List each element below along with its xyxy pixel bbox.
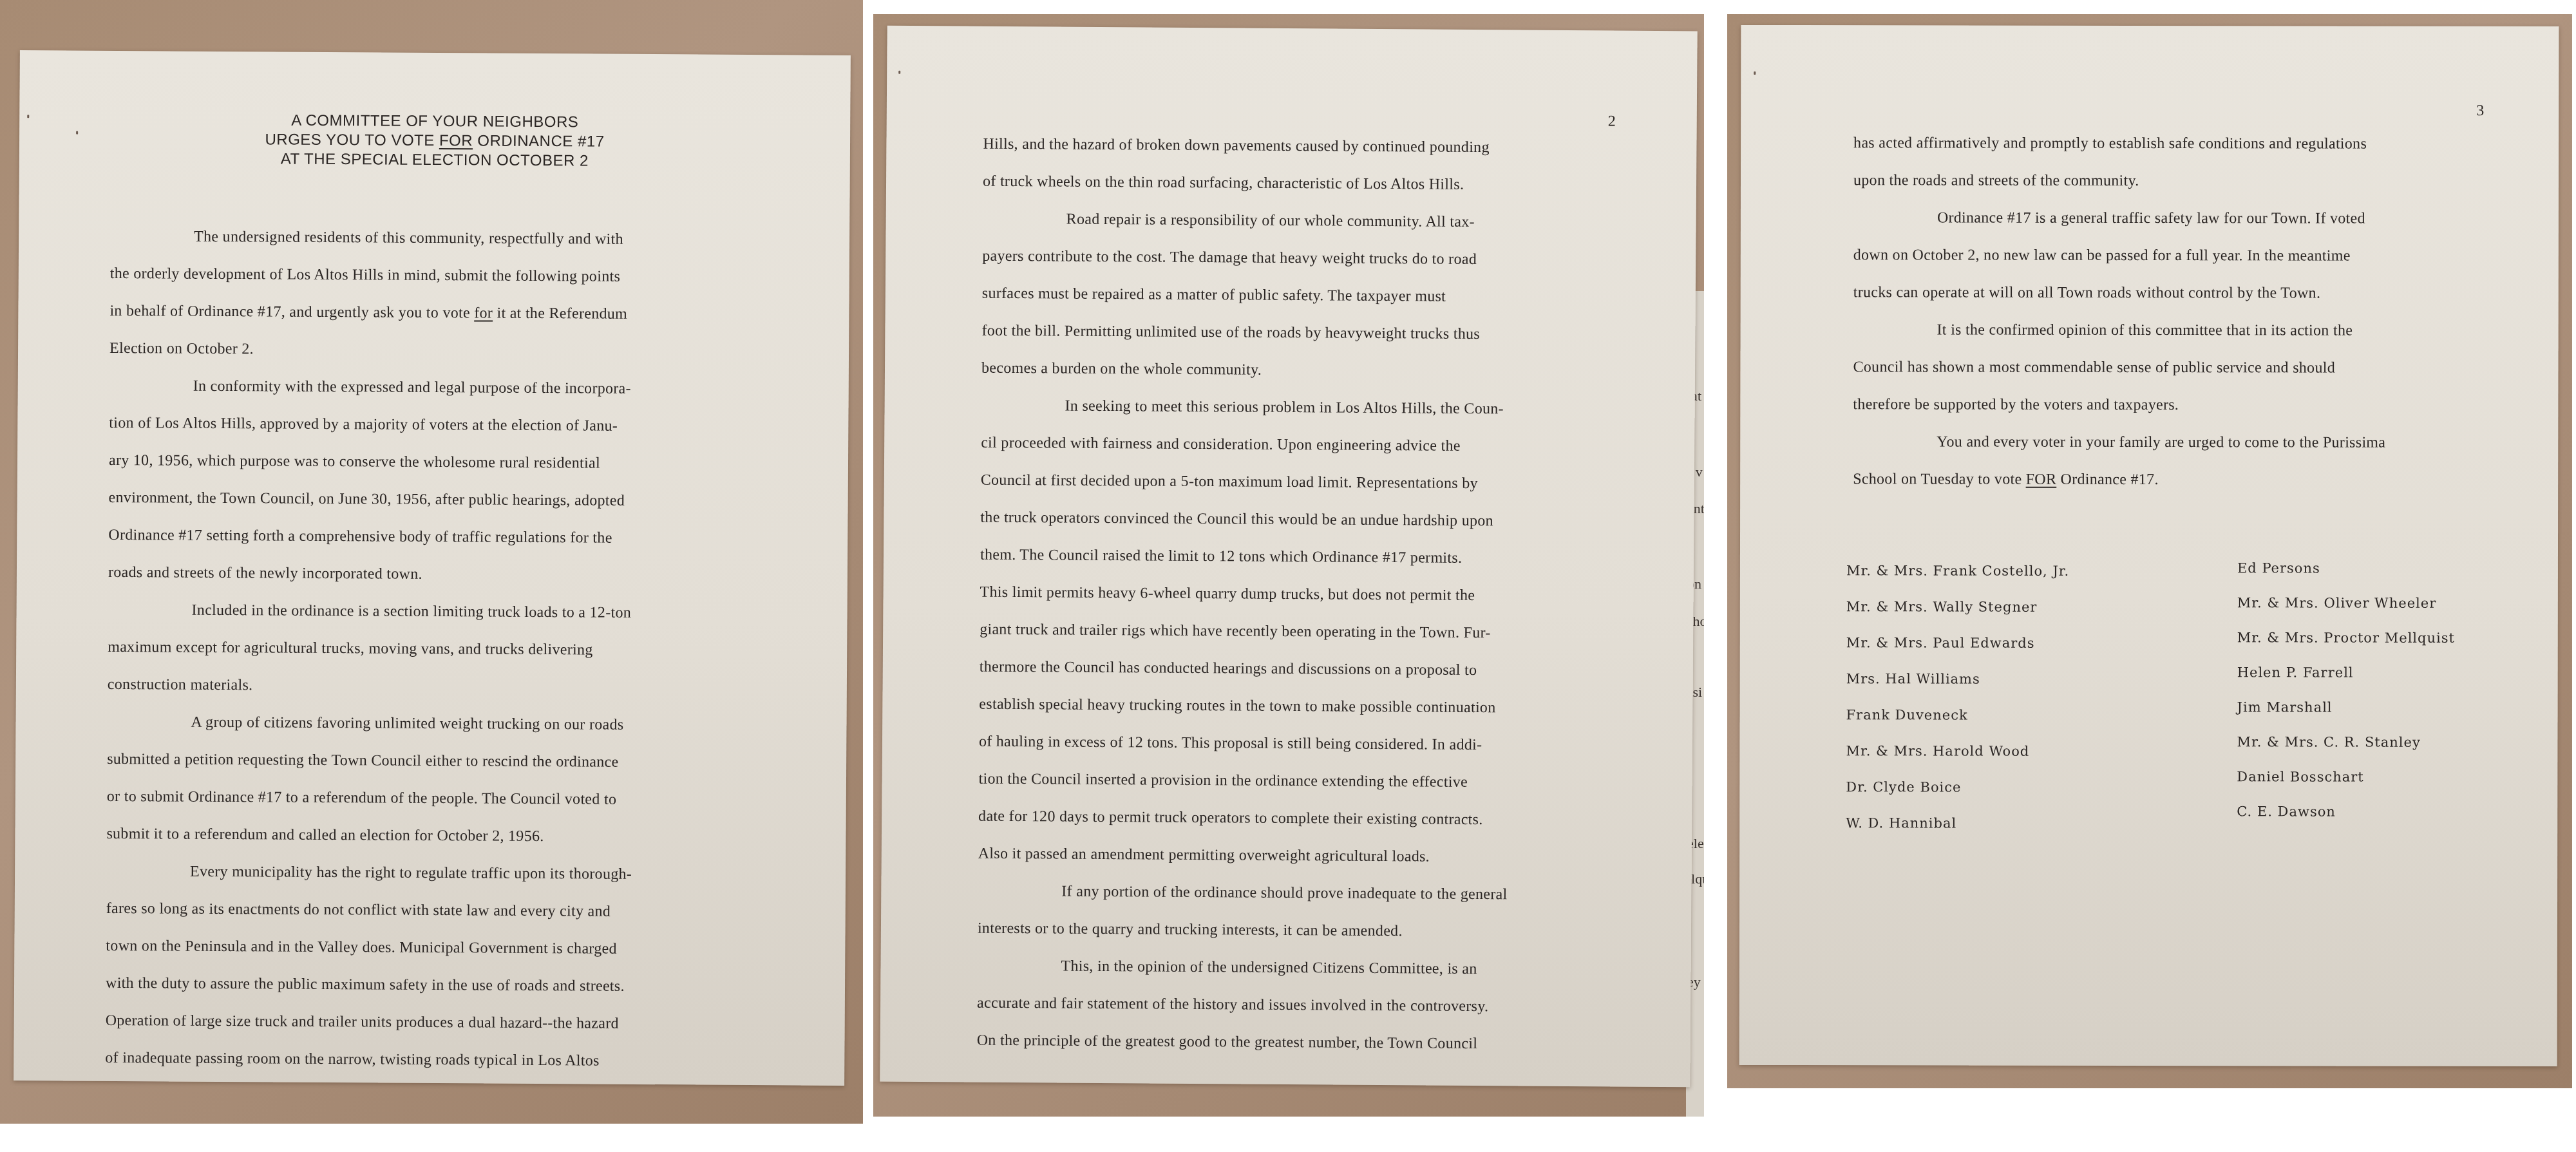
body-line: Included in the ordinance is a section l…	[108, 601, 632, 622]
body-line: interests or to the quarry and trucking …	[978, 920, 1403, 941]
body-line: upon the roads and streets of the commun…	[1853, 172, 2139, 190]
page-1-body: The undersigned residents of this commun…	[111, 51, 794, 55]
signer-name: Mr. & Mrs. Frank Costello, Jr.	[1846, 563, 2069, 579]
body-line: fares so long as its enactments do not c…	[106, 900, 611, 921]
paper-sheet-3: 3 has acted affirmatively and promptly t…	[1739, 25, 2559, 1066]
body-line: date for 120 days to permit truck operat…	[978, 808, 1483, 829]
body-line: establish special heavy trucking routes …	[979, 696, 1495, 717]
body-line: has acted affirmatively and promptly to …	[1853, 135, 2367, 153]
body-line: them. The Council raised the limit to 12…	[980, 547, 1462, 567]
body-line: ary 10, 1956, which purpose was to conse…	[109, 452, 600, 473]
heading-line-2-rest: ORDINANCE #17	[473, 132, 605, 150]
body-line: Every municipality has the right to regu…	[106, 863, 632, 883]
body-line: This, in the opinion of the undersigned …	[977, 958, 1477, 978]
body-line: tion of Los Altos Hills, approved by a m…	[109, 415, 618, 435]
body-line: thermore the Council has conducted heari…	[980, 659, 1477, 679]
page-number: 3	[2476, 102, 2484, 120]
signer-name: Mr. & Mrs. Proctor Mellquist	[2237, 630, 2455, 646]
document-heading: A COMMITTEE OF YOUR NEIGHBORS URGES YOU …	[19, 109, 851, 173]
body-line: environment, the Town Council, on June 3…	[109, 489, 625, 510]
body-line: Hills, and the hazard of broken down pav…	[983, 136, 1489, 156]
body-line: therefore be supported by the voters and…	[1853, 396, 2179, 414]
body-line: the truck operators convinced the Counci…	[980, 509, 1493, 531]
page-2-body: Hills, and the hazard of broken down pav…	[984, 26, 1628, 31]
body-line: payers contribute to the cost. The damag…	[982, 248, 1477, 269]
body-line: surfaces must be repaired as a matter of…	[982, 285, 1446, 306]
body-line: In seeking to meet this serious problem …	[981, 397, 1504, 419]
paper-sheet-2: 2 Hills, and the hazard of broken down p…	[880, 26, 1697, 1088]
body-line: Operation of large size truck and traile…	[106, 1012, 619, 1033]
body-line: Election on October 2.	[109, 340, 254, 358]
signer-name: Mr. & Mrs. C. R. Stanley	[2237, 734, 2420, 750]
body-line: becomes a burden on the whole community.	[981, 360, 1262, 379]
body-line: Ordinance #17 setting forth a comprehens…	[108, 527, 612, 547]
body-line-text: Ordinance #17.	[2056, 471, 2158, 488]
body-line: down on October 2, no new law can be pas…	[1853, 247, 2351, 265]
body-line: cil proceeded with fairness and consider…	[981, 435, 1461, 455]
signers-left-column: Mr. & Mrs. Frank Costello, Jr. Mr. & Mrs…	[1741, 25, 2559, 26]
page-3-body: has acted affirmatively and promptly to …	[1853, 25, 2497, 26]
paper-speck	[1754, 71, 1756, 75]
signer-name: C. E. Dawson	[2237, 804, 2336, 819]
heading-underlined-for: FOR	[439, 132, 473, 149]
page-photo-2: lat f v ant on sho ssi ele llqu ey 2 Hil…	[873, 14, 1704, 1117]
body-line-text: School on Tuesday to vote	[1853, 471, 2026, 487]
page-number: 2	[1608, 113, 1616, 130]
body-line: If any portion of the ordinance should p…	[978, 883, 1507, 904]
signer-name: Daniel Bosschart	[2237, 769, 2363, 784]
signer-name: Mr. & Mrs. Wally Stegner	[1846, 599, 2038, 615]
body-line: tion the Council inserted a provision in…	[978, 771, 1468, 791]
body-line: This limit permits heavy 6-wheel quarry …	[980, 584, 1475, 605]
body-line: Council has shown a most commendable sen…	[1853, 359, 2335, 377]
body-line-text: it at the Referendum	[493, 305, 627, 323]
underlined-for: for	[474, 305, 493, 321]
body-line: maximum except for agricultural trucks, …	[108, 639, 592, 659]
paper-sheet-1: A COMMITTEE OF YOUR NEIGHBORS URGES YOU …	[14, 50, 851, 1086]
signer-name: Helen P. Farrell	[2237, 665, 2354, 680]
body-line: of inadequate passing room on the narrow…	[105, 1050, 600, 1070]
body-line: The undersigned residents of this commun…	[110, 228, 623, 249]
signer-name: Mr. & Mrs. Harold Wood	[1846, 743, 2029, 759]
body-line: with the duty to assure the public maxim…	[106, 975, 625, 996]
body-line: It is the confirmed opinion of this comm…	[1853, 321, 2353, 339]
body-line: A group of citizens favoring unlimited w…	[107, 713, 623, 734]
body-line: In conformity with the expressed and leg…	[109, 377, 631, 398]
page-photo-1: A COMMITTEE OF YOUR NEIGHBORS URGES YOU …	[0, 0, 863, 1124]
underlined-for: FOR	[2026, 471, 2057, 488]
signer-name: Dr. Clyde Boice	[1846, 779, 1961, 795]
page-photo-3: 3 has acted affirmatively and promptly t…	[1727, 14, 2572, 1088]
body-line: submit it to a referendum and called an …	[106, 826, 544, 845]
body-line: town on the Peninsula and in the Valley …	[106, 938, 617, 958]
signer-name: Frank Duveneck	[1846, 707, 1968, 722]
body-line: School on Tuesday to vote FOR Ordinance …	[1853, 471, 2159, 489]
body-line: the orderly development of Los Altos Hil…	[110, 265, 620, 286]
signer-name: Jim Marshall	[2237, 699, 2333, 715]
signer-name: Mr. & Mrs. Paul Edwards	[1846, 635, 2035, 651]
body-line: foot the bill. Permitting unlimited use …	[981, 323, 1480, 343]
paper-speck	[898, 71, 900, 74]
body-line: giant truck and trailer rigs which have …	[980, 621, 1491, 643]
body-line: Road repair is a responsibility of our w…	[983, 211, 1475, 231]
heading-line-2-text: URGES YOU TO VOTE	[265, 131, 439, 149]
body-line: of hauling in excess of 12 tons. This pr…	[979, 733, 1482, 754]
body-line: or to submit Ordinance #17 to a referend…	[107, 788, 617, 809]
body-line: accurate and fair statement of the histo…	[977, 995, 1488, 1016]
body-line: Council at first decided upon a 5-ton ma…	[981, 472, 1478, 493]
body-line-text: in behalf of Ordinance #17, and urgently…	[109, 303, 474, 321]
body-line: submitted a petition requesting the Town…	[107, 751, 619, 771]
body-line: construction materials.	[108, 676, 253, 694]
signer-name: W. D. Hannibal	[1846, 815, 1956, 831]
body-line: trucks can operate at will on all Town r…	[1853, 284, 2321, 302]
body-line: You and every voter in your family are u…	[1853, 433, 2385, 451]
body-line: roads and streets of the newly incorpora…	[108, 564, 422, 583]
body-line: in behalf of Ordinance #17, and urgently…	[109, 303, 627, 323]
signer-name: Ed Persons	[2237, 560, 2320, 576]
signer-name: Mrs. Hal Williams	[1846, 671, 1980, 686]
body-line: Also it passed an amendment permitting o…	[978, 845, 1430, 866]
signer-name: Mr. & Mrs. Oliver Wheeler	[2237, 595, 2436, 611]
signers-right-column: Ed Persons Mr. & Mrs. Oliver Wheeler Mr.…	[1741, 25, 2559, 26]
body-line: On the principle of the greatest good to…	[977, 1032, 1478, 1053]
body-line: of truck wheels on the thin road surfaci…	[983, 173, 1464, 194]
body-line: Ordinance #17 is a general traffic safet…	[1853, 209, 2365, 227]
